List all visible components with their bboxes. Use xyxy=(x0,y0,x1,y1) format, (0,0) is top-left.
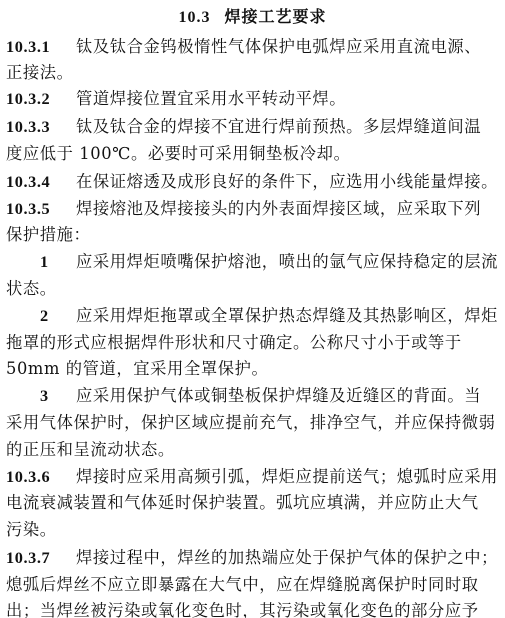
section-number: 10.3 xyxy=(178,9,210,26)
clause-10-3-4: 10.3.4在保证熔透及成形良好的条件下，应选用小线能量焊接。 xyxy=(6,171,501,193)
clause-number: 10.3.1 xyxy=(6,36,76,58)
clause-text-continuation: 度应低于 100℃。必要时可采用铜垫板冷却。 xyxy=(6,143,501,165)
item-text: 应采用焊炬拖罩或全罩保护热态焊缝及其热影响区，焊炬 xyxy=(76,306,498,325)
clause-text: 钛及钛合金的焊接不宜进行焊前预热。多层焊缝道间温 xyxy=(76,117,481,136)
item-text-continuation: 状态。 xyxy=(6,278,501,300)
clause-number: 10.3.7 xyxy=(6,547,76,569)
clause-text: 焊接过程中，焊丝的加热端应处于保护气体的保护之中； xyxy=(76,548,498,567)
item-number: 1 xyxy=(6,251,62,273)
item-number: 2 xyxy=(6,305,62,327)
item-text-continuation: 采用气体保护时，保护区域应提前充气，排净空气，并应保持微弱 xyxy=(6,412,501,434)
item-2: 2应采用焊炬拖罩或全罩保护热态焊缝及其热影响区，焊炬 xyxy=(6,305,501,327)
clause-10-3-2: 10.3.2管道焊接位置宜采用水平转动平焊。 xyxy=(6,88,501,110)
clause-text-continuation: 熄弧后焊丝不应立即暴露在大气中，应在焊缝脱离保护时同时取 xyxy=(6,574,501,596)
item-text-continuation: 50mm 的管道，宜采用全罩保护。 xyxy=(6,358,501,380)
section-heading: 10.3焊接工艺要求 xyxy=(0,4,505,27)
item-text: 应采用保护气体或铜垫板保护焊缝及近缝区的背面。当 xyxy=(76,386,481,405)
clause-text-continuation: 出；当焊丝被污染或氧化变色时，其污染或氧化变色的部分应予 xyxy=(6,600,501,618)
clause-10-3-1: 10.3.1钛及钛合金钨极惰性气体保护电弧焊应采用直流电源、 xyxy=(6,36,501,58)
item-text-continuation: 的正压和呈流动状态。 xyxy=(6,439,501,461)
clause-10-3-7: 10.3.7焊接过程中，焊丝的加热端应处于保护气体的保护之中； xyxy=(6,547,501,569)
clause-number: 10.3.2 xyxy=(6,88,76,110)
clause-text: 在保证熔透及成形良好的条件下，应选用小线能量焊接。 xyxy=(76,172,498,191)
clause-text-continuation: 保护措施： xyxy=(6,224,501,246)
clause-number: 10.3.3 xyxy=(6,116,76,138)
clause-text-continuation: 电流衰减装置和气体延时保护装置。弧坑应填满，并应防止大气 xyxy=(6,492,501,514)
clause-number: 10.3.5 xyxy=(6,198,76,220)
item-1: 1应采用焊炬喷嘴保护熔池，喷出的氩气应保持稳定的层流 xyxy=(6,251,501,273)
section-title: 焊接工艺要求 xyxy=(224,7,326,26)
clause-text: 管道焊接位置宜采用水平转动平焊。 xyxy=(76,89,346,108)
clause-text: 焊接时应采用高频引弧，焊炬应提前送气；熄弧时应采用 xyxy=(76,467,498,486)
item-text: 应采用焊炬喷嘴保护熔池，喷出的氩气应保持稳定的层流 xyxy=(76,252,498,271)
clause-10-3-3: 10.3.3钛及钛合金的焊接不宜进行焊前预热。多层焊缝道间温 xyxy=(6,116,501,138)
clause-text-continuation: 污染。 xyxy=(6,519,501,541)
clause-text-continuation: 正接法。 xyxy=(6,62,501,84)
clause-10-3-5: 10.3.5焊接熔池及焊接接头的内外表面焊接区域，应采取下列 xyxy=(6,198,501,220)
clause-number: 10.3.6 xyxy=(6,466,76,488)
clause-10-3-6: 10.3.6焊接时应采用高频引弧，焊炬应提前送气；熄弧时应采用 xyxy=(6,466,501,488)
clause-text: 焊接熔池及焊接接头的内外表面焊接区域，应采取下列 xyxy=(76,199,481,218)
item-number: 3 xyxy=(6,385,62,407)
clause-number: 10.3.4 xyxy=(6,171,76,193)
item-3: 3应采用保护气体或铜垫板保护焊缝及近缝区的背面。当 xyxy=(6,385,501,407)
clause-text: 钛及钛合金钨极惰性气体保护电弧焊应采用直流电源、 xyxy=(76,37,481,56)
item-text-continuation: 拖罩的形式应根据焊件形状和尺寸确定。公称尺寸小于或等于 xyxy=(6,332,501,354)
